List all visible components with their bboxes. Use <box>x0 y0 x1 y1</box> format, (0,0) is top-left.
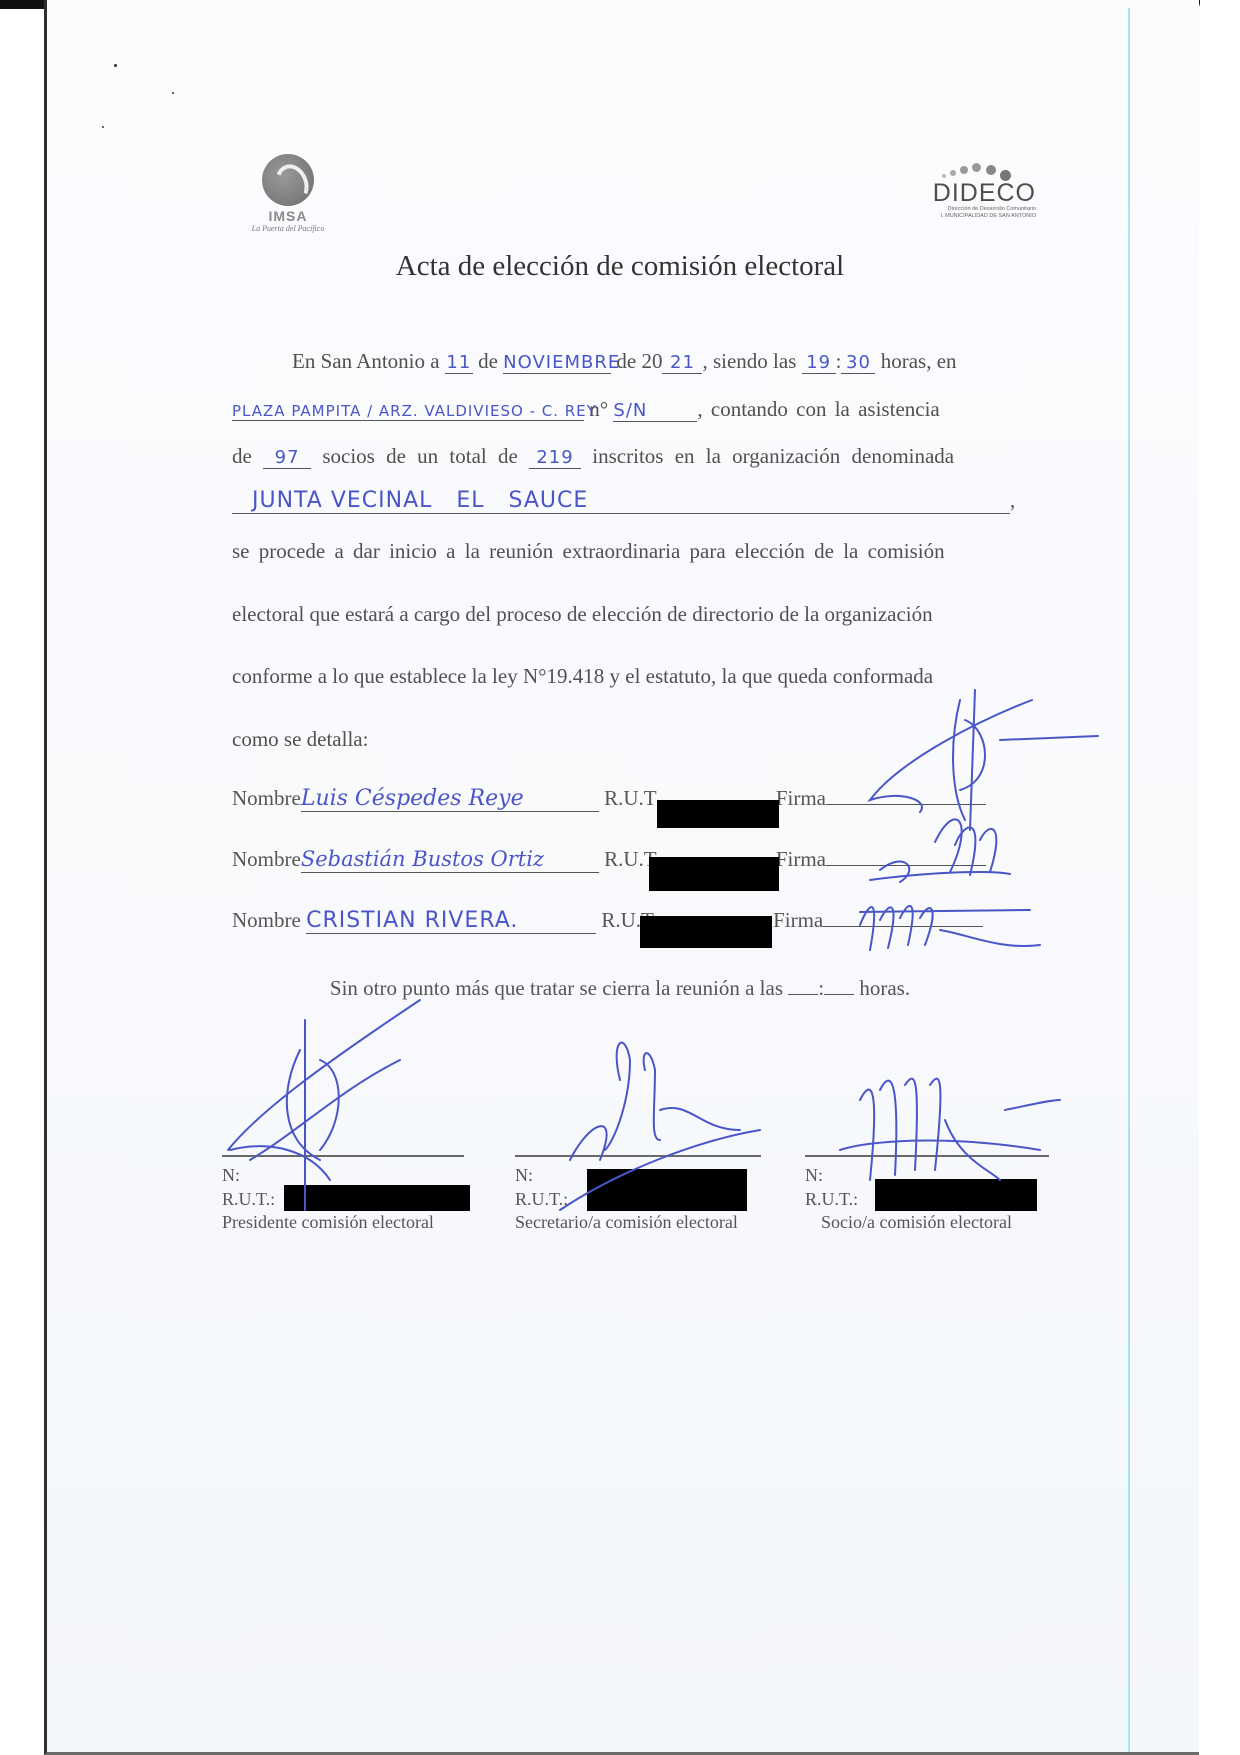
dideco-logo: DIDECO Dirección de Desarrollo Comunitar… <box>906 160 1036 240</box>
intro-line-3: de 97 socios de un total de 219 inscrito… <box>232 444 954 469</box>
speck <box>172 92 174 94</box>
member-signature-field[interactable] <box>826 865 986 866</box>
signature-line[interactable] <box>515 1155 761 1157</box>
signature-block-member: N: R.U.T.: Socio/a comisión electoral <box>805 1155 1049 1233</box>
organization-field[interactable]: JUNTA VECINAL EL SAUCE <box>232 488 1010 514</box>
signature-role: Presidente comisión electoral <box>222 1211 464 1233</box>
minute-field[interactable]: 30 <box>841 352 875 374</box>
member-row: NombreLuis Céspedes Reye R.U.T Firma <box>232 786 986 812</box>
body-line-4: como se detalla: <box>232 727 368 752</box>
attendees-field[interactable]: 97 <box>263 447 311 469</box>
intro-line-1: En San Antonio a 11 de NOVIEMBRE de 2021… <box>292 349 957 374</box>
signature-role: Secretario/a comisión electoral <box>515 1211 761 1233</box>
speck <box>102 126 104 128</box>
member-rut-field[interactable] <box>657 865 765 866</box>
member-signature-field[interactable] <box>826 804 986 805</box>
intro-line-4: JUNTA VECINAL EL SAUCE, <box>232 488 1015 514</box>
place-field[interactable]: PLAZA PAMPITA / ARZ. VALDIVIESO - C. REY <box>232 402 584 421</box>
redaction-box <box>657 800 779 828</box>
redaction-box <box>284 1185 470 1211</box>
hour-field[interactable]: 19 <box>802 352 836 374</box>
day-field[interactable]: 11 <box>445 352 473 374</box>
signature-line[interactable] <box>805 1155 1049 1157</box>
body-line-1: se procede a dar inicio a la reunión ext… <box>232 539 945 564</box>
month-field[interactable]: NOVIEMBRE <box>503 352 611 374</box>
dideco-logo-subtitle: Dirección de Desarrollo Comunitario <box>906 206 1036 213</box>
member-name-field[interactable]: CRISTIAN RIVERA. <box>306 908 518 933</box>
redaction-box <box>649 857 779 891</box>
body-line-2: electoral que estará a cargo del proceso… <box>232 602 933 627</box>
year-field[interactable]: 21 <box>662 352 702 374</box>
redaction-box <box>587 1169 747 1211</box>
speck <box>114 64 117 67</box>
document-title: Acta de elección de comisión electoral <box>0 250 1240 283</box>
closing-statement: Sin otro punto más que tratar se cierra … <box>0 976 1240 1001</box>
member-row: Nombre CRISTIAN RIVERA. R.U.T Firma <box>232 908 983 934</box>
member-signature-field[interactable] <box>823 926 983 927</box>
member-rut-field[interactable] <box>657 804 765 805</box>
signature-line[interactable] <box>222 1155 464 1157</box>
dideco-logo-name: DIDECO <box>906 180 1036 206</box>
dideco-logo-icon <box>906 160 1036 180</box>
imsa-logo-tagline: La Puerta del Pacífico <box>228 224 348 233</box>
member-name-field[interactable]: Luis Céspedes Reye <box>301 786 524 811</box>
address-number-field[interactable]: S/N <box>613 400 697 422</box>
member-name-field[interactable]: Sebastián Bustos Ortiz <box>301 847 544 871</box>
intro-line-2: PLAZA PAMPITA / ARZ. VALDIVIESO - C. REY… <box>232 397 940 422</box>
closing-hour-field[interactable] <box>788 994 818 995</box>
redaction-box <box>640 916 772 948</box>
signature-block-secretary: N: R.U.T.: Secretario/a comisión elector… <box>515 1155 761 1233</box>
imsa-logo: IMSA La Puerta del Pacífico <box>228 148 348 248</box>
redaction-box <box>875 1179 1037 1211</box>
body-line-3: conforme a lo que establece la ley N°19.… <box>232 664 933 689</box>
member-row: NombreSebastián Bustos Ortiz R.U.T Firma <box>232 847 986 873</box>
dideco-logo-subtitle-2: I. MUNICIPALIDAD DE SAN ANTONIO <box>906 213 1036 220</box>
imsa-logo-name: IMSA <box>228 208 348 224</box>
total-members-field[interactable]: 219 <box>529 447 581 469</box>
member-rut-field[interactable] <box>654 926 762 927</box>
closing-minute-field[interactable] <box>824 994 854 995</box>
signature-role: Socio/a comisión electoral <box>805 1211 1049 1233</box>
municipal-seal-icon <box>262 154 314 206</box>
signature-block-president: N: R.U.T.: Presidente comisión electoral <box>222 1155 464 1233</box>
